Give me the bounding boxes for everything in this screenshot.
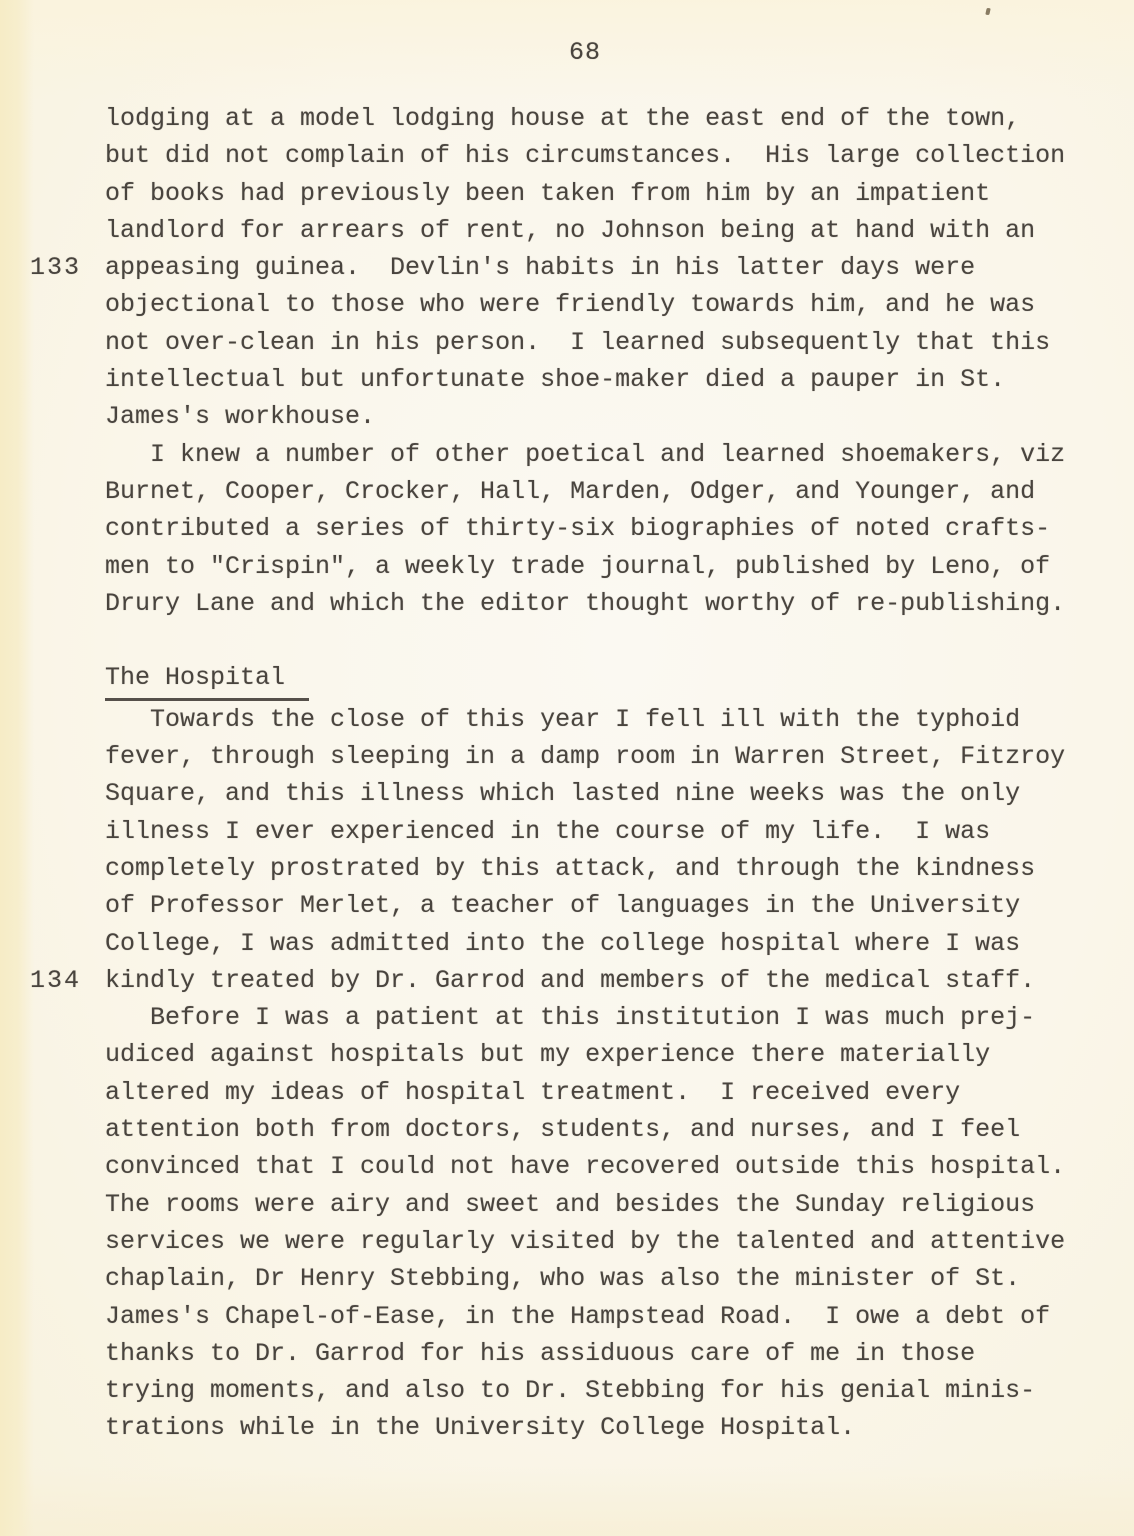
section-heading-line: The Hospital bbox=[105, 659, 1095, 700]
line-text: men to "Crispin", a weekly trade journal… bbox=[105, 552, 1050, 581]
line-text: landlord for arrears of rent, no Johnson… bbox=[105, 216, 1035, 245]
text-line: trations while in the University College… bbox=[105, 1409, 1095, 1446]
margin-number: 134 bbox=[30, 962, 94, 999]
text-line: landlord for arrears of rent, no Johnson… bbox=[105, 212, 1095, 249]
text-line: trying moments, and also to Dr. Stebbing… bbox=[105, 1372, 1095, 1409]
text-line: College, I was admitted into the college… bbox=[105, 925, 1095, 962]
line-text: Burnet, Cooper, Crocker, Hall, Marden, O… bbox=[105, 477, 1035, 506]
line-text: thanks to Dr. Garrod for his assiduous c… bbox=[105, 1339, 975, 1368]
line-text: James's workhouse. bbox=[105, 402, 375, 431]
text-lines: lodging at a model lodging house at the … bbox=[105, 100, 1095, 1447]
text-line: services we were regularly visited by th… bbox=[105, 1223, 1095, 1260]
text-line: convinced that I could not have recovere… bbox=[105, 1148, 1095, 1185]
text-line: lodging at a model lodging house at the … bbox=[105, 100, 1095, 137]
line-text: appeasing guinea. Devlin's habits in his… bbox=[105, 253, 975, 282]
line-text: of books had previously been taken from … bbox=[105, 179, 990, 208]
text-line: completely prostrated by this attack, an… bbox=[105, 850, 1095, 887]
line-text: I knew a number of other poetical and le… bbox=[105, 440, 1065, 469]
line-text: contributed a series of thirty-six biogr… bbox=[105, 514, 1050, 543]
margin-number: 133 bbox=[30, 249, 94, 286]
line-text: chaplain, Dr Henry Stebbing, who was als… bbox=[105, 1264, 1020, 1293]
line-text: kindly treated by Dr. Garrod and members… bbox=[105, 966, 1035, 995]
text-line: of Professor Merlet, a teacher of langua… bbox=[105, 887, 1095, 924]
text-line: men to "Crispin", a weekly trade journal… bbox=[105, 548, 1095, 585]
text-line: James's Chapel-of-Ease, in the Hampstead… bbox=[105, 1298, 1095, 1335]
line-text: Towards the close of this year I fell il… bbox=[105, 705, 1020, 734]
text-line: of books had previously been taken from … bbox=[105, 175, 1095, 212]
line-text: lodging at a model lodging house at the … bbox=[105, 104, 1020, 133]
text-line: attention both from doctors, students, a… bbox=[105, 1111, 1095, 1148]
text-line: contributed a series of thirty-six biogr… bbox=[105, 510, 1095, 547]
text-line: not over-clean in his person. I learned … bbox=[105, 324, 1095, 361]
text-line bbox=[105, 622, 1095, 659]
line-text: Before I was a patient at this instituti… bbox=[105, 1003, 1035, 1032]
line-text: of Professor Merlet, a teacher of langua… bbox=[105, 891, 1020, 920]
line-text bbox=[105, 626, 120, 655]
section-heading: The Hospital bbox=[105, 659, 309, 700]
text-line: The rooms were airy and sweet and beside… bbox=[105, 1186, 1095, 1223]
line-text: udiced against hospitals but my experien… bbox=[105, 1040, 990, 1069]
line-text: illness I ever experienced in the course… bbox=[105, 817, 990, 846]
line-text: College, I was admitted into the college… bbox=[105, 929, 1020, 958]
text-line: I knew a number of other poetical and le… bbox=[105, 436, 1095, 473]
text-line: Burnet, Cooper, Crocker, Hall, Marden, O… bbox=[105, 473, 1095, 510]
line-text: trying moments, and also to Dr. Stebbing… bbox=[105, 1376, 1035, 1405]
line-text: The rooms were airy and sweet and beside… bbox=[105, 1190, 1035, 1219]
line-text: completely prostrated by this attack, an… bbox=[105, 854, 1035, 883]
typewritten-page: 68 lodging at a model lodging house at t… bbox=[0, 0, 1134, 1536]
line-text: convinced that I could not have recovere… bbox=[105, 1152, 1065, 1181]
line-text: but did not complain of his circumstance… bbox=[105, 141, 1065, 170]
text-line: but did not complain of his circumstance… bbox=[105, 137, 1095, 174]
line-text: Drury Lane and which the editor thought … bbox=[105, 589, 1065, 618]
line-text: altered my ideas of hospital treatment. … bbox=[105, 1078, 960, 1107]
text-line: fever, through sleeping in a damp room i… bbox=[105, 738, 1095, 775]
text-line: Before I was a patient at this instituti… bbox=[105, 999, 1095, 1036]
line-text: services we were regularly visited by th… bbox=[105, 1227, 1065, 1256]
ink-speck bbox=[985, 8, 990, 16]
line-text: attention both from doctors, students, a… bbox=[105, 1115, 1020, 1144]
text-line: thanks to Dr. Garrod for his assiduous c… bbox=[105, 1335, 1095, 1372]
line-text: Square, and this illness which lasted ni… bbox=[105, 779, 1020, 808]
page-number: 68 bbox=[105, 38, 1065, 68]
line-text: James's Chapel-of-Ease, in the Hampstead… bbox=[105, 1302, 1050, 1331]
text-line: Towards the close of this year I fell il… bbox=[105, 701, 1095, 738]
text-line: 134kindly treated by Dr. Garrod and memb… bbox=[105, 962, 1095, 999]
text-line: altered my ideas of hospital treatment. … bbox=[105, 1074, 1095, 1111]
line-text: objectional to those who were friendly t… bbox=[105, 290, 1035, 319]
text-line: James's workhouse. bbox=[105, 398, 1095, 435]
text-line: intellectual but unfortunate shoe-maker … bbox=[105, 361, 1095, 398]
text-line: objectional to those who were friendly t… bbox=[105, 286, 1095, 323]
text-line: illness I ever experienced in the course… bbox=[105, 813, 1095, 850]
line-text: trations while in the University College… bbox=[105, 1413, 855, 1442]
text-line: Drury Lane and which the editor thought … bbox=[105, 585, 1095, 622]
line-text: fever, through sleeping in a damp room i… bbox=[105, 742, 1065, 771]
line-text: intellectual but unfortunate shoe-maker … bbox=[105, 365, 1005, 394]
text-line: udiced against hospitals but my experien… bbox=[105, 1036, 1095, 1073]
line-text: not over-clean in his person. I learned … bbox=[105, 328, 1050, 357]
text-line: chaplain, Dr Henry Stebbing, who was als… bbox=[105, 1260, 1095, 1297]
text-line: 133appeasing guinea. Devlin's habits in … bbox=[105, 249, 1095, 286]
text-line: Square, and this illness which lasted ni… bbox=[105, 775, 1095, 812]
